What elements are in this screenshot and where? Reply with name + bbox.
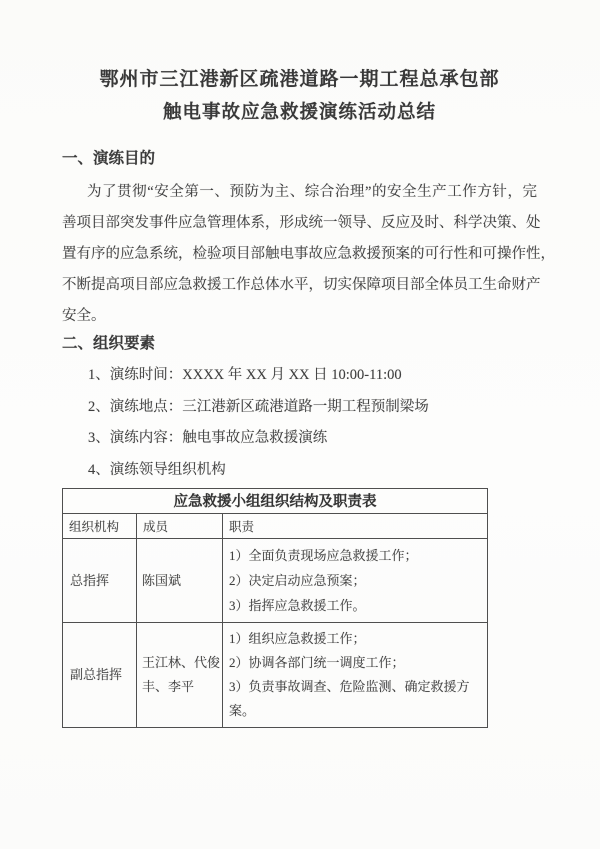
table-title: 应急救援小组组织结构及职责表 xyxy=(63,489,488,514)
paragraph-line: 置有序的应急系统，检验项目部触电事故应急救援预案的可行性和可操作性， xyxy=(62,239,537,270)
list-item-drill-place: 2、演练地点：三江港新区疏港道路一期工程预制梁场 xyxy=(88,392,537,424)
section1-heading: 一、演练目的 xyxy=(62,148,537,170)
document-title-line2: 触电事故应急救援演练活动总结 xyxy=(62,101,537,125)
duty-line: 3）负责事故调查、危险监测、确定救援方案。 xyxy=(229,675,485,723)
table-row: 副总指挥 王江林、代俊丰、李平 1）组织应急救援工作； 2）协调各部门统一调度工… xyxy=(63,623,488,728)
list-item-drill-time: 1、演练时间：XXXX 年 XX 月 XX 日 10:00-11:00 xyxy=(88,360,537,392)
paragraph-line: 不断提高项目部应急救援工作总体水平，切实保障项目部全体员工生命财产 xyxy=(62,270,537,301)
table-title-row: 应急救援小组组织结构及职责表 xyxy=(63,489,488,514)
section2-heading: 二、组织要素 xyxy=(62,333,537,355)
duty-line: 2）协调各部门统一调度工作； xyxy=(229,651,485,675)
section1-paragraph: 为了贯彻“安全第一、预防为主、综合治理”的安全生产工作方针，完 善项目部突发事件… xyxy=(62,177,537,332)
list-item-drill-org: 4、演练领导组织机构 xyxy=(88,455,537,487)
section2-list: 1、演练时间：XXXX 年 XX 月 XX 日 10:00-11:00 2、演练… xyxy=(62,360,537,486)
duty-line: 3）指挥应急救援工作。 xyxy=(229,593,485,618)
duty-line: 1）组织应急救援工作； xyxy=(229,627,485,651)
duty-line: 2）决定启动应急预案； xyxy=(229,568,485,593)
table-row: 总指挥 陈国斌 1）全面负责现场应急救援工作； 2）决定启动应急预案； 3）指挥… xyxy=(63,539,488,623)
paragraph-line: 为了贯彻“安全第一、预防为主、综合治理”的安全生产工作方针，完 xyxy=(62,177,537,208)
paragraph-line: 善项目部突发事件应急管理体系，形成统一领导、反应及时、科学决策、处 xyxy=(62,208,537,239)
paragraph-line: 安全。 xyxy=(62,301,537,332)
table-header-duties: 职责 xyxy=(223,514,488,539)
cell-org-commander: 总指挥 xyxy=(63,539,137,623)
cell-duties-deputy: 1）组织应急救援工作； 2）协调各部门统一调度工作； 3）负责事故调查、危险监测… xyxy=(223,623,488,728)
cell-members-deputy: 王江林、代俊丰、李平 xyxy=(137,623,223,728)
document-page: 鄂州市三江港新区疏港道路一期工程总承包部 触电事故应急救援演练活动总结 一、演练… xyxy=(0,0,600,849)
duty-line: 1）全面负责现场应急救援工作； xyxy=(229,543,485,568)
cell-org-deputy: 副总指挥 xyxy=(63,623,137,728)
cell-members-commander: 陈国斌 xyxy=(137,539,223,623)
table-header-members: 成员 xyxy=(137,514,223,539)
table-header-row: 组织机构 成员 职责 xyxy=(63,514,488,539)
cell-duties-commander: 1）全面负责现场应急救援工作； 2）决定启动应急预案； 3）指挥应急救援工作。 xyxy=(223,539,488,623)
document-title-line1: 鄂州市三江港新区疏港道路一期工程总承包部 xyxy=(62,0,537,92)
rescue-team-table: 应急救援小组组织结构及职责表 组织机构 成员 职责 总指挥 陈国斌 1）全面负责… xyxy=(62,488,488,728)
list-item-drill-content: 3、演练内容：触电事故应急救援演练 xyxy=(88,423,537,455)
table-header-org: 组织机构 xyxy=(63,514,137,539)
